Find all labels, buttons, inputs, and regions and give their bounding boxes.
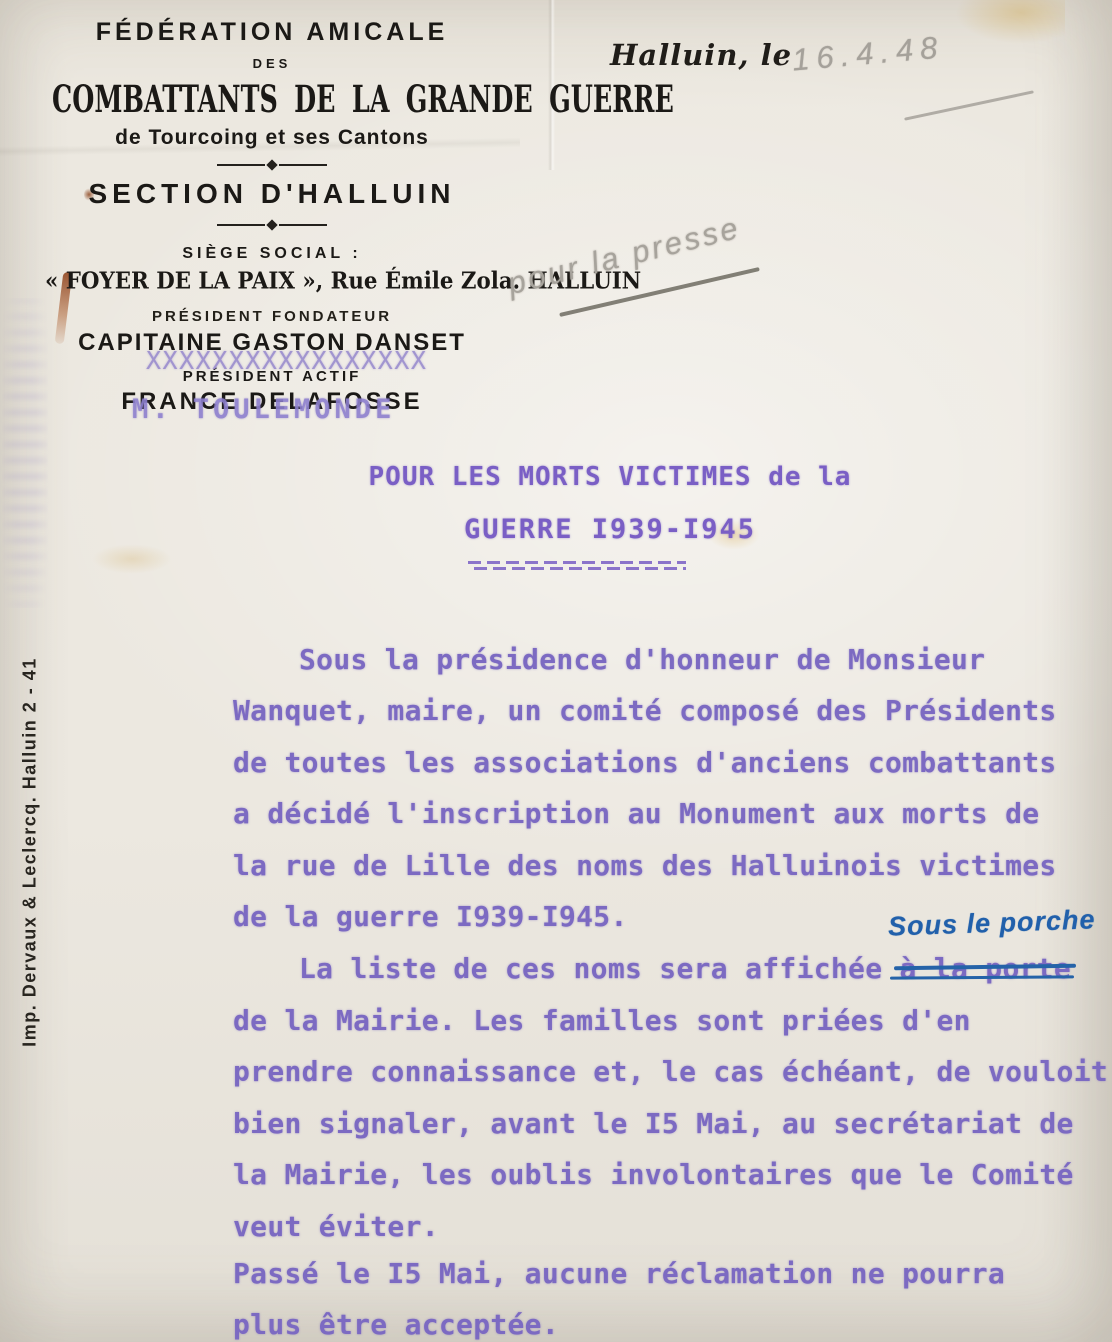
recipient-stamp: M. TOULEMONDE: [132, 394, 395, 425]
printer-credit: Imp. Dervaux & Leclercq. Halluin 2 - 41: [20, 657, 41, 1047]
body-line: plus être acceptée.: [233, 1308, 559, 1341]
federation-subtitle: de Tourcoing et ses Cantons: [38, 126, 506, 150]
siege-social-label: SIÈGE SOCIAL :: [38, 245, 506, 263]
blue-ink-correction: Sous le porche: [888, 904, 1097, 942]
body-line: Passé le I5 Mai, aucune réclamation ne p…: [233, 1257, 1005, 1290]
body-line: la Mairie, les oublis involontaires que …: [233, 1158, 1074, 1191]
body-line: Wanquet, maire, un comité composé des Pr…: [233, 694, 1057, 727]
letter-page: FÉDÉRATION AMICALE DES COMBATTANTS DE LA…: [0, 0, 1112, 1342]
federation-name-line2: DES: [38, 56, 506, 71]
federation-name-line1: FÉDÉRATION AMICALE: [38, 18, 506, 47]
body-line: bien signaler, avant le I5 Mai, au secré…: [233, 1107, 1074, 1140]
body-line: la rue de Lille des noms des Halluinois …: [233, 849, 1057, 882]
body-line: prendre connaissance et, le cas échéant,…: [233, 1055, 1108, 1088]
diamond-ornament-icon: [266, 219, 277, 230]
president-fondateur-label: PRÉSIDENT FONDATEUR: [38, 308, 506, 325]
struck-out-text: à la porte: [900, 952, 1072, 985]
body-line: Sous la présidence d'honneur de Monsieur: [299, 643, 985, 676]
body-line: a décidé l'inscription au Monument aux m…: [233, 797, 1039, 830]
body-line-with-correction: La liste de ces noms sera affichée à la …: [299, 952, 1071, 985]
body-line-pre: La liste de ces noms sera affichée: [299, 952, 900, 985]
foxing-stain-left: [92, 544, 172, 574]
title-line2: GUERRE I939-I945: [320, 514, 900, 545]
foxing-stain-top-right: [955, 0, 1065, 44]
typed-x-cross-out: XXXXXXXXXXXXXXXXX: [146, 346, 427, 375]
diamond-ornament-icon: [266, 159, 277, 170]
handwritten-date: 16.4.48: [791, 29, 946, 78]
handwritten-date-underline: [904, 90, 1034, 120]
body-line: veut éviter.: [233, 1210, 439, 1243]
title-line1: POUR LES MORTS VICTIMES de la: [320, 462, 900, 492]
body-line: de toutes les associations d'anciens com…: [233, 746, 1057, 779]
ornament-divider: [217, 221, 327, 229]
body-line: de la Mairie. Les familles sont priées d…: [233, 1004, 971, 1037]
document-title: POUR LES MORTS VICTIMES de la GUERRE I93…: [320, 462, 900, 545]
body-line: de la guerre I939-I945.: [233, 900, 628, 933]
title-dashed-underline: [468, 561, 686, 570]
section-name: SECTION D'HALLUIN: [38, 178, 506, 210]
federation-name-line3: COMBATTANTS DE LA GRANDE GUERRE: [52, 79, 492, 122]
ornament-divider: [217, 161, 327, 169]
dateline-printed: Halluin, le: [610, 38, 792, 72]
siege-social-address: « FOYER DE LA PAIX », Rue Émile Zola. HA…: [45, 267, 499, 294]
